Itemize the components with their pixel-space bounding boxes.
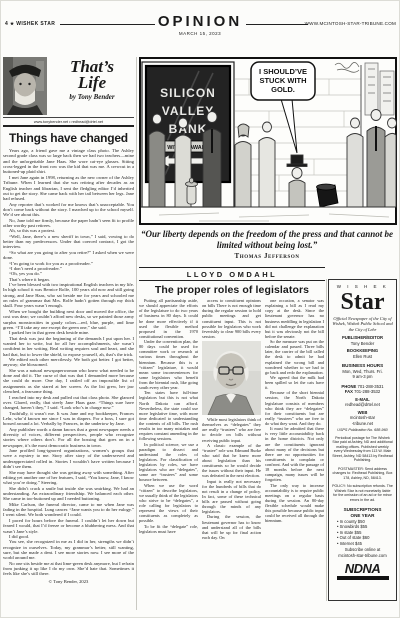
paragraph: Truthfully, it wasn’t me. It was Jane an… (3, 411, 134, 427)
paragraph: While most legislators think of themselv… (202, 417, 261, 443)
phone-label: PHONE (341, 384, 356, 389)
paragraph: No, Jane told me firmly, because the pap… (3, 218, 134, 229)
paragraph: • Internet $45 (332, 541, 393, 546)
omdahl-col-3: one occasion, a senator was explaining a… (265, 298, 324, 540)
subscribe-line-2: mcintosh-star-tribune.com (332, 553, 393, 558)
paragraph: A classic example of the “trustee” role … (202, 443, 261, 479)
ndna-logo: NDNA (332, 562, 393, 580)
paragraph: “Well, Jane, there’s a new sheriff in to… (3, 234, 134, 250)
paragraph: Mike Carlson, the funeral director, came… (3, 502, 134, 518)
thats-life-title: That’s Life by Tony Bender (50, 57, 134, 115)
issue-date: MARCH 15, 2023 (120, 31, 280, 36)
paragraph: To be fit the “delegate” role, legislato… (139, 524, 198, 534)
bubble-line2: STUCK WITH (259, 76, 306, 85)
columnist-byline: LLOYD OMDAHL (139, 267, 325, 281)
email-address: redhead@drtel.net (332, 402, 393, 407)
paragraph: You see, she recognized in me as I did i… (3, 539, 134, 560)
upturned-hat (317, 184, 339, 207)
title-line-2: Life (50, 75, 134, 91)
bubble-line3: GOLD. (271, 85, 295, 94)
paragraph: Jane profiled long-ignored organizations… (3, 448, 134, 469)
policy-notice: POLICY: No subscription refunds. The Wis… (332, 484, 393, 502)
copyright-line: © Tony Bender, 2023 (3, 579, 134, 584)
pull-quote: “Our liberty depends on the freedom of t… (137, 229, 397, 260)
bank-sign-line2: VALLEY (162, 104, 214, 118)
bank-sign-line1: SILICON (160, 86, 216, 100)
masthead-info-box: W I S H E K Star Official Newspaper of t… (328, 279, 397, 601)
subscriptions-title: SUBSCRIPTIONS ONE YEAR (332, 507, 393, 518)
thats-life-column: That’s Life by Tony Bender www.tonybende… (3, 57, 134, 584)
paragraph: So the measure was put on the calendar a… (265, 339, 324, 375)
thats-life-masthead: That’s Life by Tony Bender (3, 57, 134, 115)
paragraph: Years ago, a friend gave me a vintage cl… (3, 148, 134, 175)
ndna-bar (337, 576, 389, 580)
postmaster-notice: POSTMASTER: Send address changes to: Red… (332, 467, 393, 480)
quote-attribution: Thomas Jefferson (137, 252, 397, 260)
omdahl-col2-bottom: While most legislators think of themselv… (202, 417, 261, 540)
paragraph: When we bought the building next door an… (3, 309, 134, 330)
paragraph: one occasion, a senator was explaining a… (265, 298, 324, 339)
article-body: Years ago, a friend gave me a vintage cl… (3, 148, 134, 577)
newspaper-page: 4 ★ WISHEK STAR OPINION MARCH 15, 2023 W… (0, 0, 400, 618)
paragraph: Because of the short biennial session, t… (265, 390, 324, 426)
omdahl-headline: The proper roles of legislators (139, 284, 325, 296)
fax-line: FAX 701-288-3532 (332, 389, 393, 394)
paragraph: I’ve been blessed with two inspirational… (3, 282, 134, 309)
cartoon-drawing: SILICON VALLEY BANK WITHDRAWALS I SHOULD… (139, 57, 397, 225)
author-contact-line: www.tonybender.net • redhead@drtel.net (3, 117, 134, 127)
paragraph: That desk was just the beginning of the … (3, 336, 134, 357)
official-newspaper-text: Official Newspaper of the City of Wishek… (332, 316, 393, 333)
paragraph: I reached into my desk and pulled out th… (3, 395, 134, 411)
star-icon: ★ (10, 21, 14, 26)
paragraph: Input is really not necessary for the hu… (202, 479, 261, 515)
quote-text: “Our liberty depends on the freedom of t… (137, 229, 397, 251)
omdahl-col-1: Putting all partisanship aside, we shoul… (139, 298, 198, 540)
ndna-text: NDNA (345, 561, 381, 576)
column-byline: by Tony Bender (50, 93, 134, 101)
fire-hydrant (186, 178, 198, 204)
paragraph: We edited each other mercilessly. We bot… (3, 357, 134, 368)
omdahl-col-2: access to constituent opinions on bills … (202, 298, 261, 540)
paragraph: access to constituent opinions on bills … (202, 298, 261, 339)
lloyd-omdahl-photo (202, 341, 261, 415)
fax-label: FAX (345, 389, 353, 394)
paragraph: During the session, the lieutenant gover… (202, 514, 261, 540)
article-columns: Putting all partisanship aside, we shoul… (139, 298, 325, 540)
paper-name: WISHEK STAR (16, 21, 55, 27)
paragraph: I met Jane again in 1998, returning as t… (3, 175, 134, 202)
paragraph: The only way to increase accountability … (265, 483, 324, 524)
subscriptions-title-2: ONE YEAR (332, 513, 393, 518)
web-address-2: -tribune.net (332, 421, 393, 426)
paragraph: When we use the word “citizen” to descri… (139, 483, 198, 524)
paragraph: Under the convention plan, the 80 days c… (139, 339, 198, 390)
paragraph: “So what are you going to after you reti… (3, 250, 134, 261)
editorial-cartoon: SILICON VALLEY BANK WITHDRAWALS I SHOULD… (139, 57, 397, 225)
paragraph: Putting all partisanship aside, we shoul… (139, 298, 198, 339)
paragraph: Ten states have full-time legislators bu… (139, 390, 198, 441)
paragraph: Any reporter that’s worked for me knows … (3, 202, 134, 218)
column-divider-right (326, 279, 327, 601)
website-url: WWW.MCINTOSH-STAR-TRIBUNE.COM (305, 21, 396, 26)
column-divider-left (136, 57, 137, 610)
omdahl-article: LLOYD OMDAHL The proper roles of legisla… (139, 267, 325, 540)
periodical-notice: Periodical postage for The Wishek Star p… (332, 436, 393, 463)
paragraph: It must be admitted that there is very l… (265, 426, 324, 482)
header-rule-right (246, 24, 308, 25)
folio: 4 ★ WISHEK STAR (5, 21, 55, 27)
omdahl-col2-top: access to constituent opinions on bills … (202, 298, 261, 339)
paragraph: In political science, we use a paradigm … (139, 442, 198, 483)
phone-number: 701-288-3531 (358, 384, 384, 389)
paragraph: She was a natural newspaperwoman who kne… (3, 368, 134, 395)
article-headline: Things have changed (3, 131, 134, 145)
paragraph: She may have thought she was getting awa… (3, 470, 134, 486)
subscription-rates: • In county $50• Snowbirds $55• In state… (332, 519, 393, 546)
section-title: OPINION (120, 13, 280, 30)
fax-number: 701-288-3532 (354, 389, 380, 394)
bubble-line1: I SHOULD’VE (259, 67, 307, 76)
bank-sign-line3: BANK (169, 122, 208, 136)
masthead-name: Star (332, 291, 393, 314)
bookkeeper-name: Ellen Rust (332, 354, 393, 359)
paragraph: Any publisher worth a damn knows that a … (3, 427, 134, 448)
usps-number: USPS Publication No. 688-960 (332, 428, 393, 432)
page-number: 4 (5, 21, 8, 27)
publisher-name: Tony Bender (332, 341, 393, 346)
paragraph: I paced for hours before the funeral. I … (3, 518, 134, 534)
paragraph: No one sits beside me at that lime-green… (3, 561, 134, 577)
tony-bender-photo (3, 57, 47, 115)
paragraph: She didn’t crack a smile but inside she … (3, 486, 134, 502)
paragraph: We agreed that the milk had been spilled… (265, 375, 324, 390)
business-hours-time: 9 am-3 pm (332, 374, 393, 379)
